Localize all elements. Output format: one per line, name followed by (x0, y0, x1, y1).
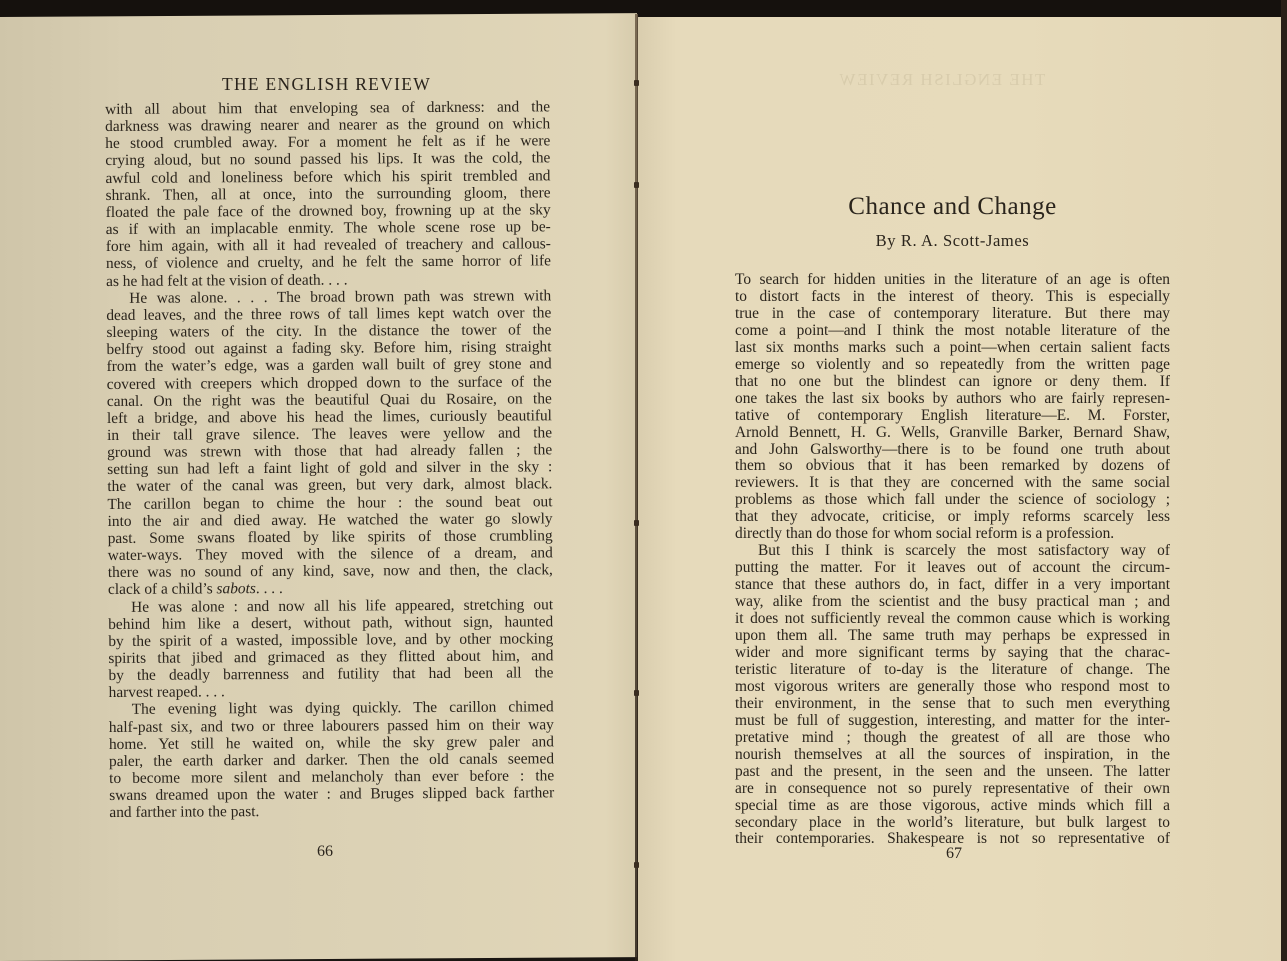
text-line: that they advocate, criticise, or imply … (735, 509, 1170, 526)
text-line: them so obvious that it has been remarke… (735, 458, 1170, 475)
text-line: To search for hidden unities in the lite… (735, 272, 1170, 289)
text-line: most vigorous writers are generally thos… (735, 679, 1170, 696)
text-line: there was no sound of any kind, save, no… (108, 561, 553, 581)
text-fragment: clack of a child’s (108, 581, 217, 599)
text-line: last six months marks such a point—when … (735, 340, 1170, 357)
bleed-through-header: THE ENGLISH REVIEW (838, 70, 1045, 90)
article-title: Chance and Change (735, 193, 1170, 221)
text-line: tative of contemporary English literatur… (735, 408, 1170, 425)
text-line: must be full of suggestion, interesting,… (735, 713, 1170, 730)
text-line: swans dreamed upon the water : and Bruge… (109, 785, 554, 805)
text-line: ness, of violence and cruelty, and he fe… (106, 253, 551, 273)
text-line: emerge so violently and so repeatedly fr… (735, 357, 1170, 374)
text-line: problems as those which fall under the s… (735, 492, 1170, 509)
text-line: upon them all. The same truth may perhap… (735, 628, 1170, 645)
paragraph-start-line: The evening light was dying quickly. The… (109, 699, 554, 719)
binding-stitch (634, 520, 639, 526)
text-line: Arnold Bennett, H. G. Wells, Granville B… (735, 425, 1170, 442)
text-line: past and the present, in the seen and th… (735, 764, 1170, 781)
text-line: reviewers. It is that they are concerned… (735, 475, 1170, 492)
text-line: are in consequence not so purely represe… (735, 781, 1170, 798)
running-header: THE ENGLISH REVIEW (105, 74, 548, 95)
page-number-left: 66 (317, 843, 333, 861)
paragraph-start-line: But this I think is scarcely the most sa… (735, 543, 1170, 560)
text-line: and John Galsworthy—there is to be found… (735, 442, 1170, 459)
text-line: putting the matter. For it leaves out of… (735, 560, 1170, 577)
text-line: covered with creepers which dropped down… (107, 373, 552, 393)
binding-stitch (634, 182, 639, 188)
text-line: the water of the canal was green, but ve… (107, 476, 552, 496)
text-line: that no one but the blindest can ignore … (735, 374, 1170, 391)
text-line: from the water’s edge, was a garden wall… (107, 356, 552, 376)
text-fragment: . . . . (256, 580, 283, 597)
text-line: way, alike from the scientist and the bu… (735, 594, 1170, 611)
book-gutter (635, 14, 638, 961)
text-line: one takes the last six books by authors … (735, 391, 1170, 408)
text-line: nourish themselves at all the sources of… (735, 747, 1170, 764)
binding-stitch (634, 690, 639, 696)
text-line: it does not sufficiently reveal the comm… (735, 611, 1170, 628)
text-line: their environment, in the sense that to … (735, 696, 1170, 713)
text-line: and farther into the past. (109, 802, 554, 822)
binding-stitch (634, 80, 639, 86)
text-line: by the deadly barrenness and futility th… (108, 664, 553, 684)
text-line: true in the case of contemporary literat… (735, 306, 1170, 323)
right-page-body: To search for hidden unities in the lite… (735, 272, 1170, 848)
italic-word-sabots: sabots (216, 580, 255, 597)
left-page-body: with all about him that enveloping sea o… (105, 98, 554, 821)
text-line: crying aloud, but no sound passed his li… (105, 150, 550, 170)
text-line: stance that these authors do, in fact, d… (735, 577, 1170, 594)
text-line: directly than do those for whom social r… (735, 526, 1170, 543)
page-number-right: 67 (946, 845, 962, 863)
text-line: wider and more significant terms by sayi… (735, 645, 1170, 662)
scan-background-right (1281, 0, 1287, 961)
text-line: secondary place in the world’s literatur… (735, 815, 1170, 832)
text-line: to distort facts in the interest of theo… (735, 289, 1170, 306)
text-line: come a point—and I think the most notabl… (735, 323, 1170, 340)
article-byline: By R. A. Scott-James (735, 231, 1170, 251)
text-line: teristic literature of to-day is the lit… (735, 662, 1170, 679)
text-line: pretative mind ; though the greatest of … (735, 730, 1170, 747)
binding-stitch (634, 862, 639, 868)
text-line: special time as are those vigorous, acti… (735, 798, 1170, 815)
